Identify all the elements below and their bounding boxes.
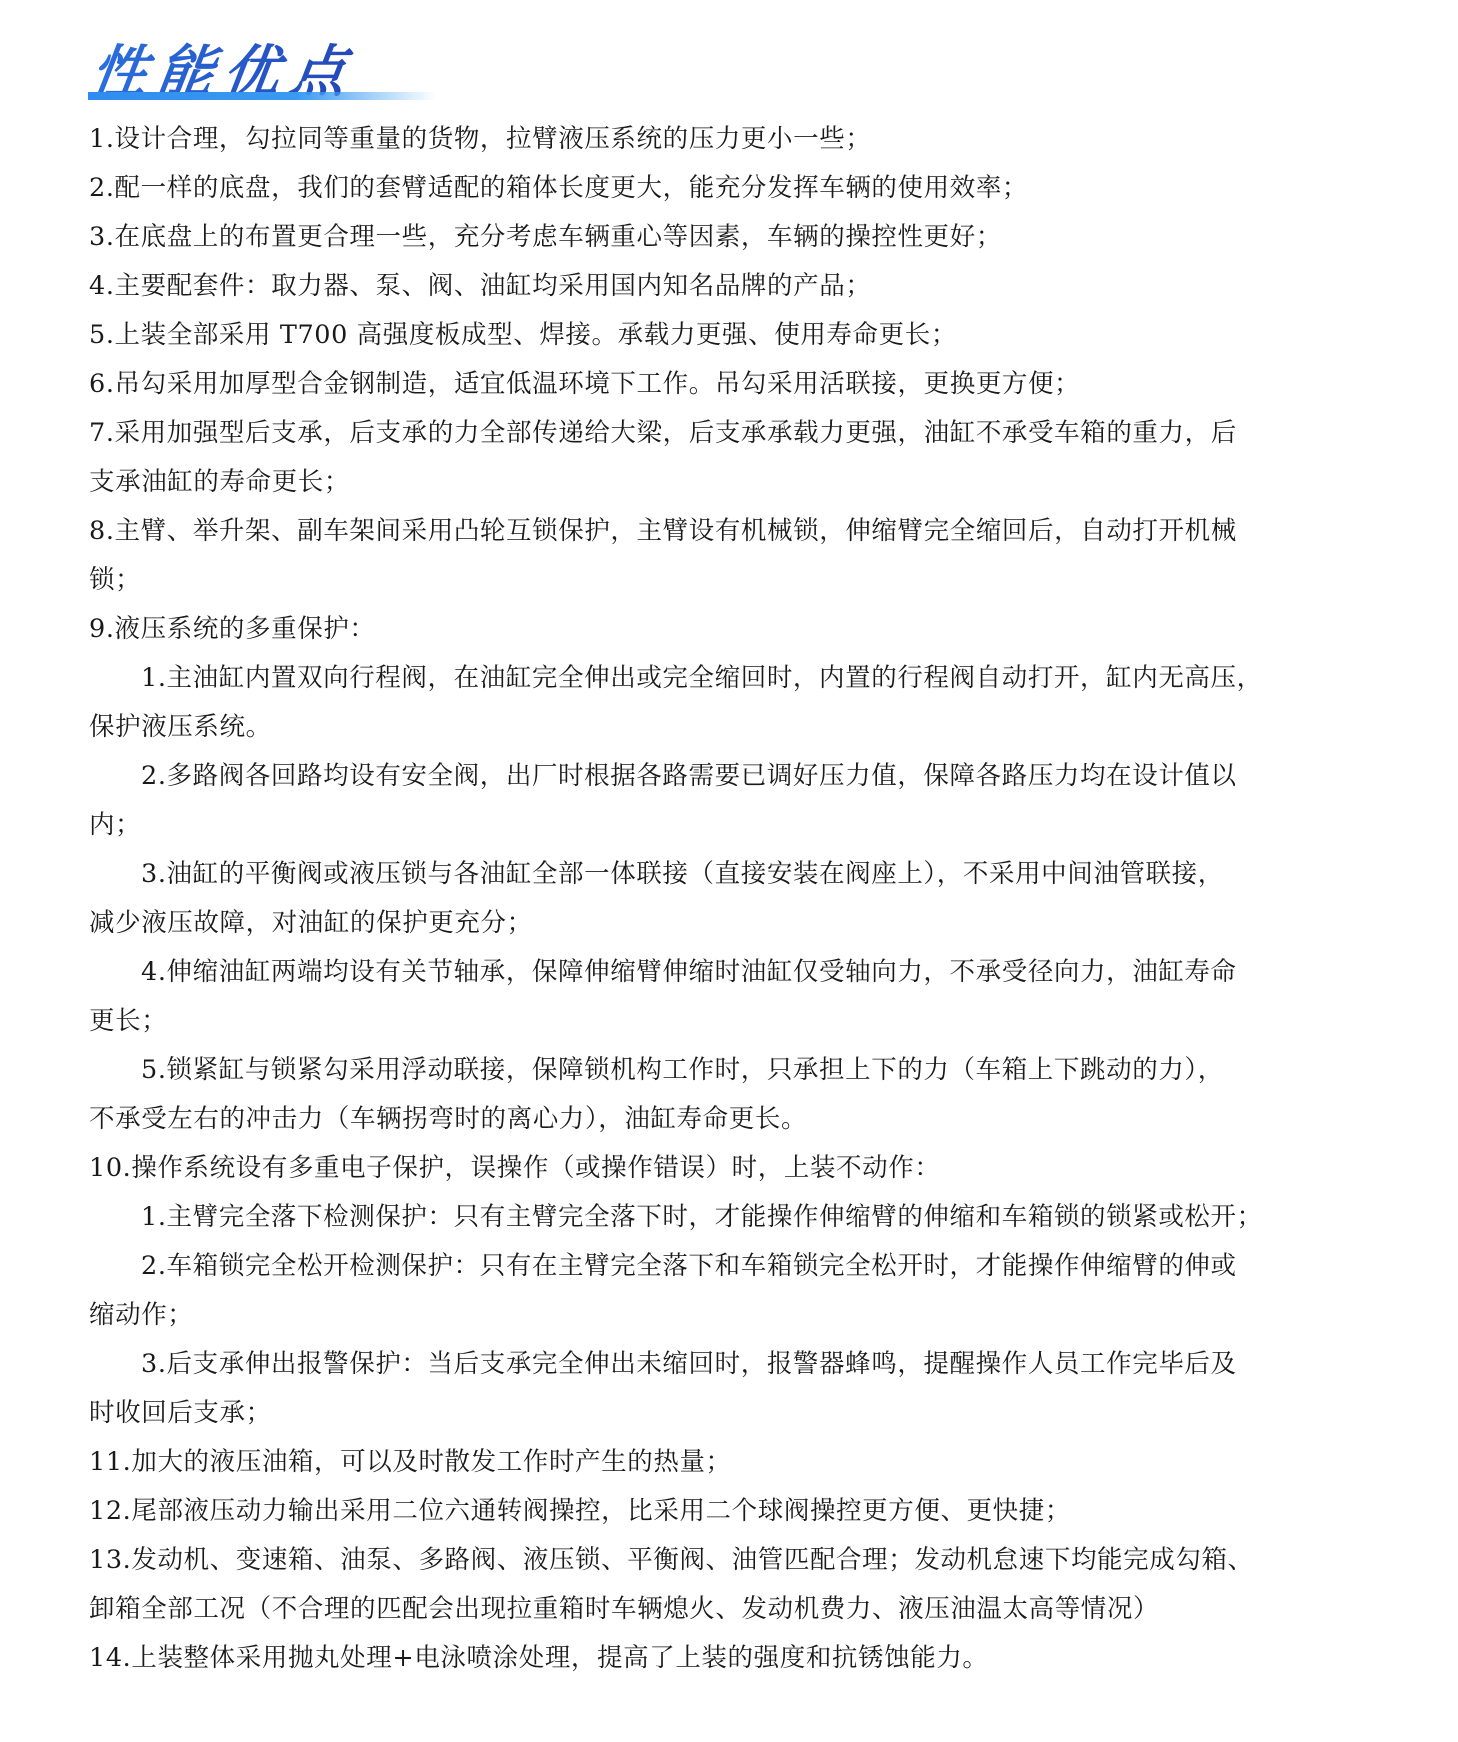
- feature-line: 7.采用加强型后支承，后支承的力全部传递给大梁，后支承承载力更强，油缸不承受车箱…: [89, 409, 1379, 458]
- feature-line: 2.多路阀各回路均设有安全阀，出厂时根据各路需要已调好压力值，保障各路压力均在设…: [89, 752, 1379, 801]
- feature-line: 5.上装全部采用 T700 高强度板成型、焊接。承载力更强、使用寿命更长；: [89, 311, 1379, 360]
- feature-line: 1.主臂完全落下检测保护：只有主臂完全落下时，才能操作伸缩臂的伸缩和车箱锁的锁紧…: [89, 1193, 1379, 1242]
- feature-line: 12.尾部液压动力输出采用二位六通转阀操控，比采用二个球阀操控更方便、更快捷；: [89, 1487, 1379, 1536]
- feature-line: 9.液压系统的多重保护：: [89, 605, 1379, 654]
- feature-line: 卸箱全部工况（不合理的匹配会出现拉重箱时车辆熄火、发动机费力、液压油温太高等情况…: [89, 1585, 1379, 1634]
- feature-line: 5.锁紧缸与锁紧勾采用浮动联接，保障锁机构工作时，只承担上下的力（车箱上下跳动的…: [89, 1046, 1379, 1095]
- feature-line: 缩动作；: [89, 1291, 1379, 1340]
- feature-line: 更长；: [89, 997, 1379, 1046]
- feature-line: 保护液压系统。: [89, 703, 1379, 752]
- feature-line: 2.配一样的底盘，我们的套臂适配的箱体长度更大，能充分发挥车辆的使用效率；: [89, 164, 1379, 213]
- feature-line: 减少液压故障，对油缸的保护更充分；: [89, 899, 1379, 948]
- feature-line: 锁；: [89, 556, 1379, 605]
- feature-line: 11.加大的液压油箱，可以及时散发工作时产生的热量；: [89, 1438, 1379, 1487]
- feature-line: 13.发动机、变速箱、油泵、多路阀、液压锁、平衡阀、油管匹配合理；发动机怠速下均…: [89, 1536, 1379, 1585]
- feature-line: 3.在底盘上的布置更合理一些，充分考虑车辆重心等因素，车辆的操控性更好；: [89, 213, 1379, 262]
- section-header: 性能优点: [88, 28, 448, 108]
- feature-line: 时收回后支承；: [89, 1389, 1379, 1438]
- feature-line: 8.主臂、举升架、副车架间采用凸轮互锁保护，主臂设有机械锁，伸缩臂完全缩回后，自…: [89, 507, 1379, 556]
- feature-line: 10.操作系统设有多重电子保护，误操作（或操作错误）时，上装不动作：: [89, 1144, 1379, 1193]
- features-list: 1.设计合理，勾拉同等重量的货物，拉臂液压系统的压力更小一些；2.配一样的底盘，…: [89, 115, 1379, 1683]
- feature-line: 支承油缸的寿命更长；: [89, 458, 1379, 507]
- feature-line: 6.吊勾采用加厚型合金钢制造，适宜低温环境下工作。吊勾采用活联接，更换更方便；: [89, 360, 1379, 409]
- feature-line: 不承受左右的冲击力（车辆拐弯时的离心力），油缸寿命更长。: [89, 1095, 1379, 1144]
- feature-line: 4.伸缩油缸两端均设有关节轴承，保障伸缩臂伸缩时油缸仅受轴向力，不承受径向力，油…: [89, 948, 1379, 997]
- feature-line: 14.上装整体采用抛丸处理+电泳喷涂处理，提高了上装的强度和抗锈蚀能力。: [89, 1634, 1379, 1683]
- feature-line: 3.后支承伸出报警保护：当后支承完全伸出未缩回时，报警器蜂鸣，提醒操作人员工作完…: [89, 1340, 1379, 1389]
- feature-line: 内；: [89, 801, 1379, 850]
- feature-line: 4.主要配套件：取力器、泵、阀、油缸均采用国内知名品牌的产品；: [89, 262, 1379, 311]
- feature-line: 2.车箱锁完全松开检测保护：只有在主臂完全落下和车箱锁完全松开时，才能操作伸缩臂…: [89, 1242, 1379, 1291]
- feature-line: 1.主油缸内置双向行程阀，在油缸完全伸出或完全缩回时，内置的行程阀自动打开，缸内…: [89, 654, 1379, 703]
- feature-line: 3.油缸的平衡阀或液压锁与各油缸全部一体联接（直接安装在阀座上），不采用中间油管…: [89, 850, 1379, 899]
- feature-line: 1.设计合理，勾拉同等重量的货物，拉臂液压系统的压力更小一些；: [89, 115, 1379, 164]
- title-underline: [88, 92, 436, 100]
